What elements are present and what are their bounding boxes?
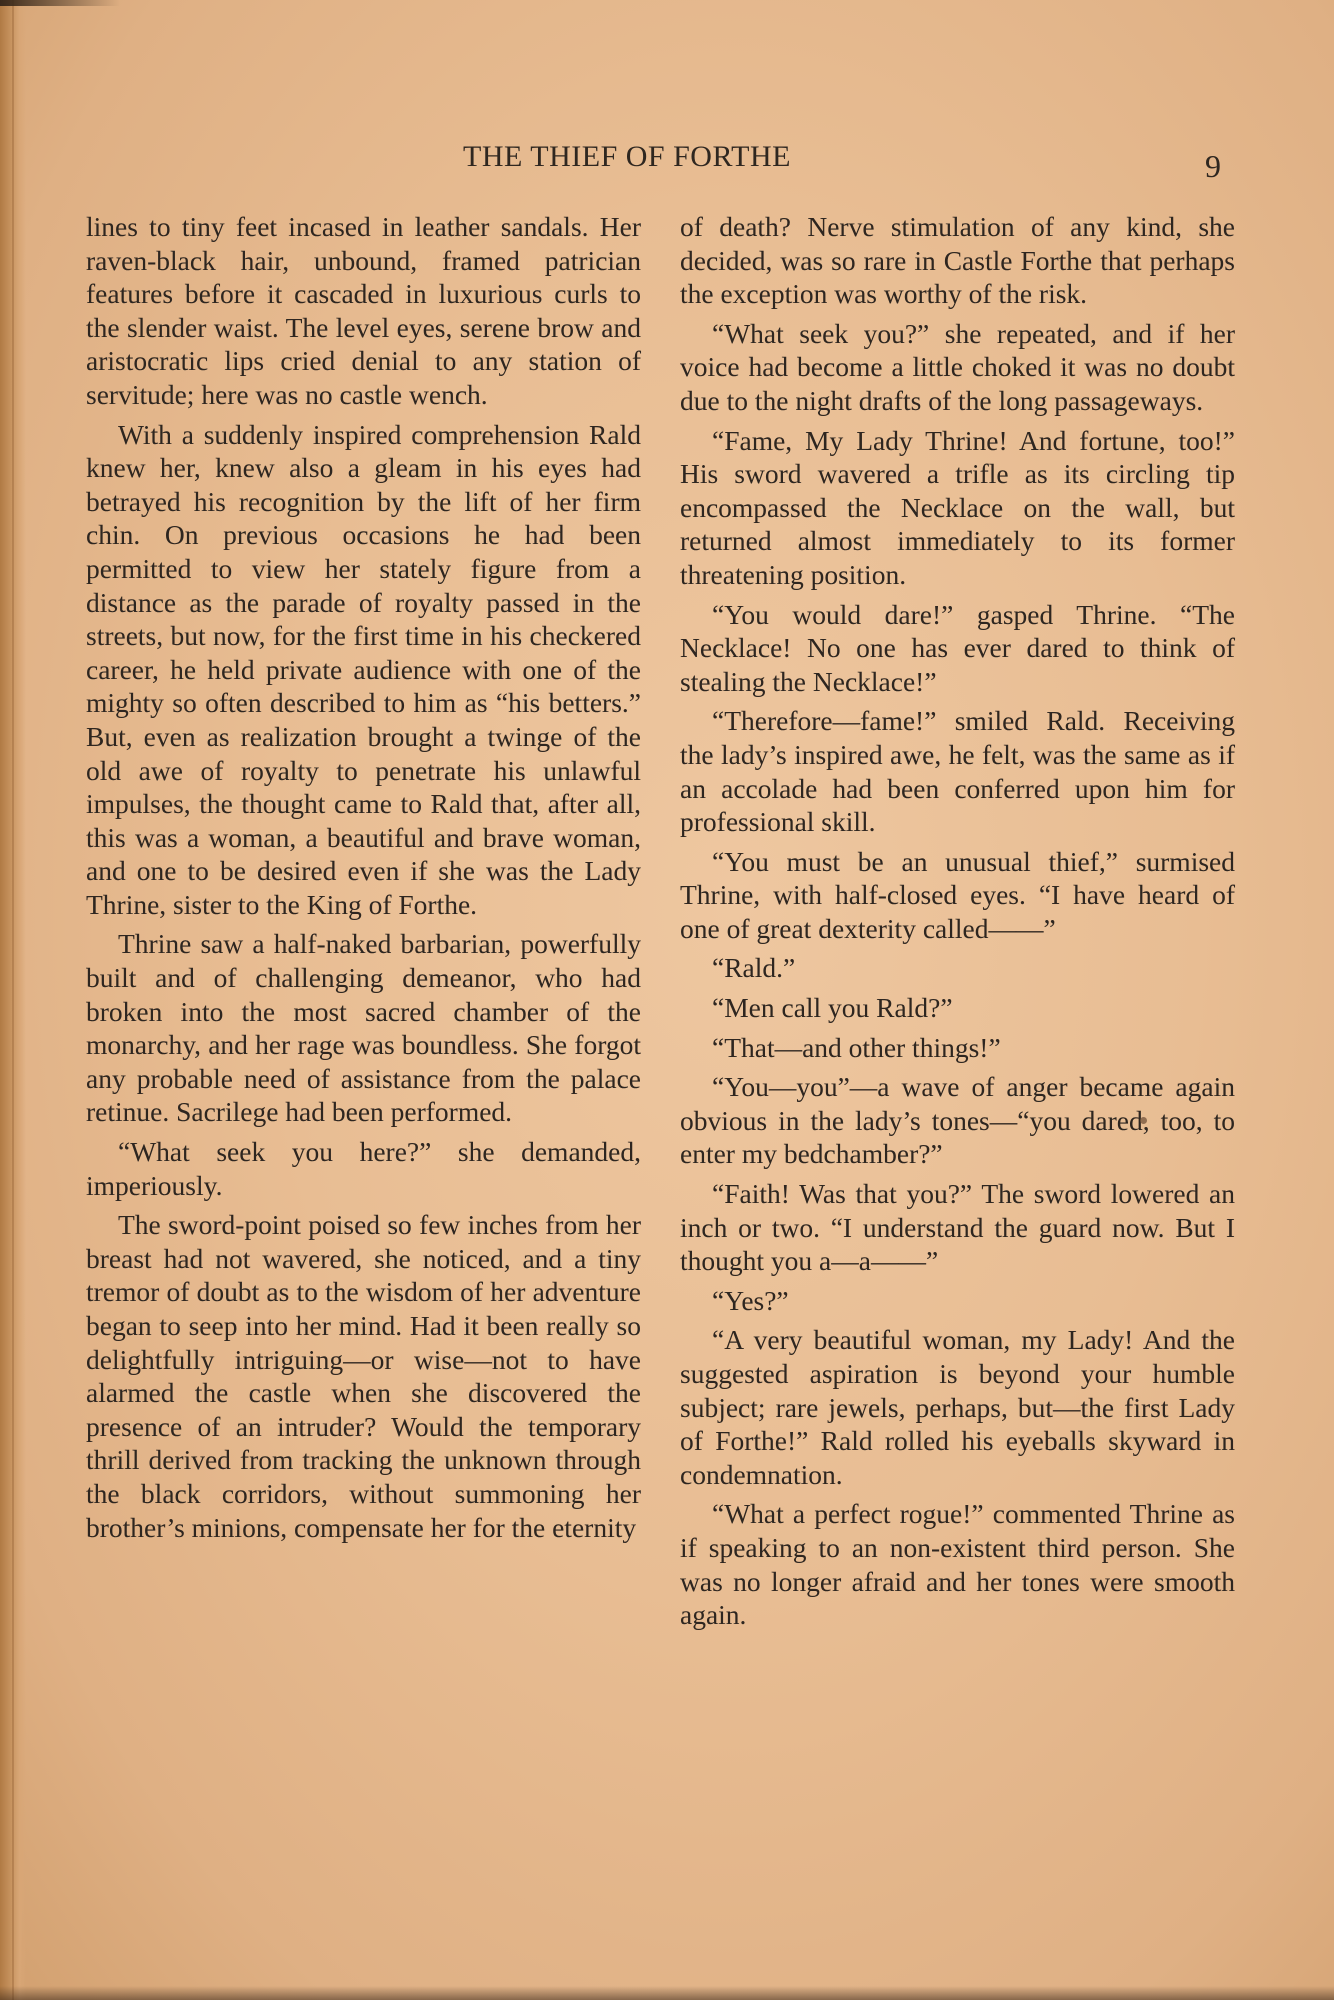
paragraph: “What a perfect rogue!” commented Thrine… (680, 1497, 1235, 1631)
paragraph: With a suddenly inspired comprehension R… (86, 418, 641, 922)
paragraph: “Fame, My Lady Thrine! And fortune, too!… (680, 424, 1235, 592)
left-column: lines to tiny feet incased in leather sa… (86, 210, 641, 1550)
right-column: of death? Nerve stimulation of any kind,… (680, 210, 1235, 1638)
paragraph: “You would dare!” gasped Thrine. “The Ne… (680, 598, 1235, 699)
paragraph: lines to tiny feet incased in leather sa… (86, 210, 641, 412)
paragraph: “Yes?” (680, 1284, 1235, 1318)
paragraph: “Rald.” (680, 951, 1235, 985)
running-head: THE THIEF OF FORTHE (0, 140, 1334, 174)
page-number: 9 (1205, 148, 1221, 185)
book-page: THE THIEF OF FORTHE 9 lines to tiny feet… (0, 0, 1334, 2000)
paragraph: “You—you”—a wave of anger became again o… (680, 1070, 1235, 1171)
running-title: THE THIEF OF FORTHE (463, 140, 791, 174)
page-top-edge-shadow (0, 0, 120, 6)
paragraph: “You must be an unusual thief,” surmised… (680, 845, 1235, 946)
gutter-fold-line (12, 0, 14, 2000)
paragraph: “A very beautiful woman, my Lady! And th… (680, 1323, 1235, 1491)
paragraph: “What seek you?” she repeated, and if he… (680, 317, 1235, 418)
paragraph: “What seek you here?” she demanded, impe… (86, 1135, 641, 1202)
paragraph: of death? Nerve stimulation of any kind,… (680, 210, 1235, 311)
paragraph: “Men call you Rald?” (680, 991, 1235, 1025)
paragraph: “Faith! Was that you?” The sword lowered… (680, 1177, 1235, 1278)
paragraph: “Therefore—fame!” smiled Rald. Receiving… (680, 704, 1235, 838)
paragraph: “That—and other things!” (680, 1031, 1235, 1065)
paragraph: Thrine saw a half-naked barbarian, power… (86, 927, 641, 1129)
paragraph: The sword-point poised so few inches fro… (86, 1208, 641, 1544)
page-bottom-edge-shadow (0, 1986, 1334, 2000)
ink-spot-blemish (1140, 1117, 1147, 1124)
